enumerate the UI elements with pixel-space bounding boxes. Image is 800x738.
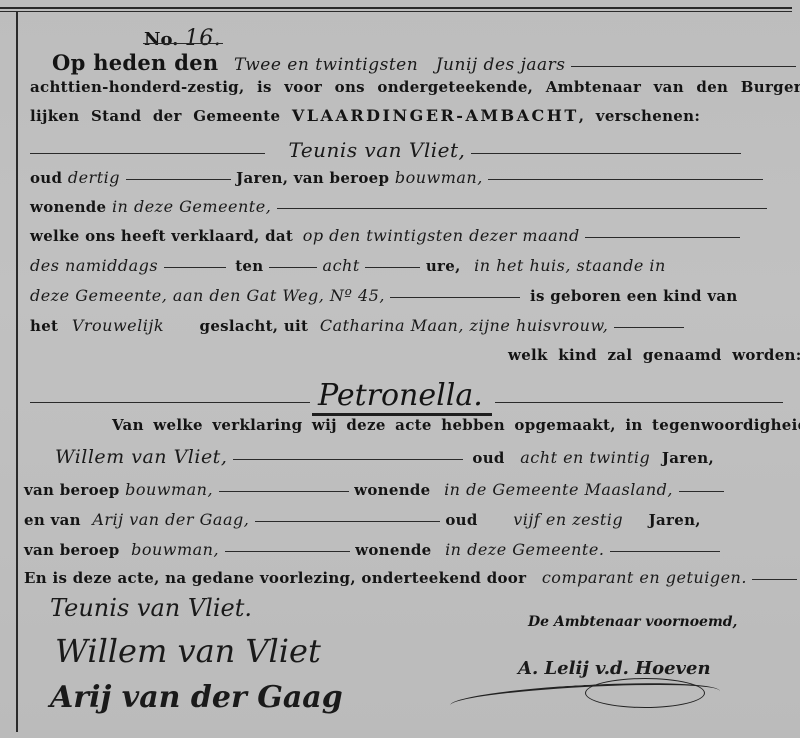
line-declaration: welke ons heeft verklaard, dat op den tw… (30, 226, 740, 245)
signature-witness-2: Arij van der Gaag (50, 680, 343, 715)
fill-rule (164, 267, 226, 268)
handwritten-signers: comparant en getuigen. (542, 568, 747, 587)
signature-witness-1: Willem van Vliet (55, 632, 321, 670)
printed-text: is geboren een kind van (530, 287, 738, 305)
fill-rule (488, 179, 763, 180)
line-sex-mother: het Vrouwelijk geslacht, uit Catharina M… (30, 316, 684, 335)
line-time-place: des namiddags ten acht ure, in het huis,… (30, 256, 666, 275)
line-signing: En is deze acte, na gedane voorlezing, o… (24, 568, 797, 587)
printed-text: En is deze acte, na gedane voorlezing, o… (24, 569, 526, 587)
printed-text: oud (30, 169, 62, 187)
printed-text: van beroep (24, 541, 120, 559)
fill-rule (233, 459, 463, 460)
printed-text: geslacht, uit (200, 317, 309, 335)
line-child-name-rule (495, 392, 783, 410)
number-underline (143, 43, 223, 44)
handwritten-address: deze Gemeente, aan den Gat Weg, Nº 45, (30, 286, 385, 305)
printed-text: en van (24, 511, 81, 529)
fill-rule (571, 66, 796, 67)
handwritten-witness-2-age: vijf en zestig (513, 510, 623, 529)
fill-rule (255, 521, 440, 522)
certificate-page: No. 16. Op heden den Twee en twintigsten… (0, 0, 800, 738)
handwritten-witness-1: Willem van Vliet, (55, 446, 227, 468)
fill-rule (610, 551, 720, 552)
printed-text: Jaren, (662, 449, 714, 467)
fill-rule (30, 402, 310, 403)
line-witness-1: Willem van Vliet, oud acht en twintig Ja… (55, 446, 714, 468)
printed-text: achttien-honderd-zestig, is voor ons ond… (30, 78, 800, 96)
handwritten-mother: Catharina Maan, zijne huisvrouw, (320, 316, 609, 335)
fill-rule (390, 297, 520, 298)
printed-text: ten (235, 257, 263, 275)
official-label: De Ambtenaar voornoemd, (528, 614, 737, 630)
fill-rule (752, 579, 797, 580)
printed-text: ure, (426, 257, 461, 275)
line-residence: wonende in deze Gemeente, (30, 197, 767, 216)
fill-rule (30, 153, 265, 154)
left-margin-rule (16, 12, 18, 732)
handwritten-birth-date: op den twintigsten dezer maand (303, 226, 580, 245)
printed-text: welke ons heeft verklaard, dat (30, 227, 293, 245)
printed-text: welk kind zal genaamd worden: (508, 346, 800, 364)
handwritten-witness-2-profession: bouwman, (131, 540, 219, 559)
line-witnesses-intro: Van welke verklaring wij deze acte hebbe… (112, 416, 800, 434)
printed-text: , verschenen: (579, 107, 700, 125)
handwritten-witness-1-age: acht en twintig (520, 448, 650, 467)
printed-text: wonende (355, 541, 431, 559)
printed-text: oud (472, 449, 504, 467)
printed-text: wonende (354, 481, 430, 499)
handwritten-witness-2: Arij van der Gaag, (92, 510, 249, 529)
top-border-rule (0, 7, 792, 12)
fill-rule (219, 491, 349, 492)
line-date: Op heden den Twee en twintigsten Junij d… (52, 50, 796, 75)
printed-text: Jaren, van beroep (236, 169, 389, 187)
line-declarant: Teunis van Vliet, (30, 138, 741, 162)
printed-text: Van welke verklaring wij deze acte hebbe… (112, 416, 800, 434)
printed-text: wonende (30, 198, 106, 216)
fill-rule (225, 551, 350, 552)
line-address: deze Gemeente, aan den Gat Weg, Nº 45, i… (30, 286, 738, 305)
printed-text: het (30, 317, 58, 335)
handwritten-daypart: des namiddags (30, 256, 158, 275)
handwritten-hour: acht (323, 256, 360, 275)
handwritten-sex: Vrouwelijk (72, 316, 164, 335)
line-age-profession: oud dertig Jaren, van beroep bouwman, (30, 168, 763, 187)
handwritten-witness-2-residence: in deze Gemeente. (445, 540, 604, 559)
signature-official: A. Lelij v.d. Hoeven (518, 658, 711, 679)
handwritten-day: Twee en twintigsten (234, 55, 418, 75)
handwritten-residence: in deze Gemeente, (112, 197, 271, 216)
printed-text: van beroep (24, 481, 120, 499)
handwritten-declarant-name: Teunis van Vliet, (289, 138, 466, 162)
handwritten-age: dertig (68, 168, 120, 187)
printed-text: oud (445, 511, 477, 529)
fill-rule (614, 327, 684, 328)
line-year: achttien-honderd-zestig, is voor ons ond… (30, 78, 800, 96)
handwritten-witness-1-residence: in de Gemeente Maasland, (444, 480, 673, 499)
fill-rule (495, 402, 783, 403)
municipality-name: VLAARDINGER-AMBACHT (292, 106, 579, 125)
number-label: No. (144, 29, 178, 50)
fill-rule (126, 179, 231, 180)
handwritten-witness-1-profession: bouwman, (125, 480, 213, 499)
signature-flourish-loop (585, 678, 705, 708)
line-witness-1-details: van beroep bouwman, wonende in de Gemeen… (24, 480, 724, 499)
fill-rule (269, 267, 317, 268)
fill-rule (365, 267, 420, 268)
line-child-name-label: welk kind zal genaamd worden: (508, 346, 800, 364)
fill-rule (277, 208, 767, 209)
line-witness-2: en van Arij van der Gaag, oud vijf en ze… (24, 510, 701, 529)
line-witness-2-details: van beroep bouwman, wonende in deze Geme… (24, 540, 720, 559)
line-child-name (30, 392, 310, 410)
handwritten-profession: bouwman, (395, 168, 483, 187)
fill-rule (679, 491, 724, 492)
handwritten-location: in het huis, staande in (474, 256, 666, 275)
line-municipality: lijken Stand der Gemeente VLAARDINGER-AM… (30, 106, 700, 125)
handwritten-month: Junij des jaars (436, 55, 566, 75)
fill-rule (471, 153, 741, 154)
printed-text: Jaren, (649, 511, 701, 529)
handwritten-child-name: Petronella. (318, 378, 483, 413)
signature-declarant: Teunis van Vliet. (50, 594, 252, 622)
fill-rule (585, 237, 740, 238)
certificate-number: No. 16. (144, 26, 221, 51)
printed-text: Op heden den (52, 50, 218, 75)
number-value: 16. (185, 26, 222, 51)
printed-text: lijken Stand der Gemeente (30, 107, 280, 125)
